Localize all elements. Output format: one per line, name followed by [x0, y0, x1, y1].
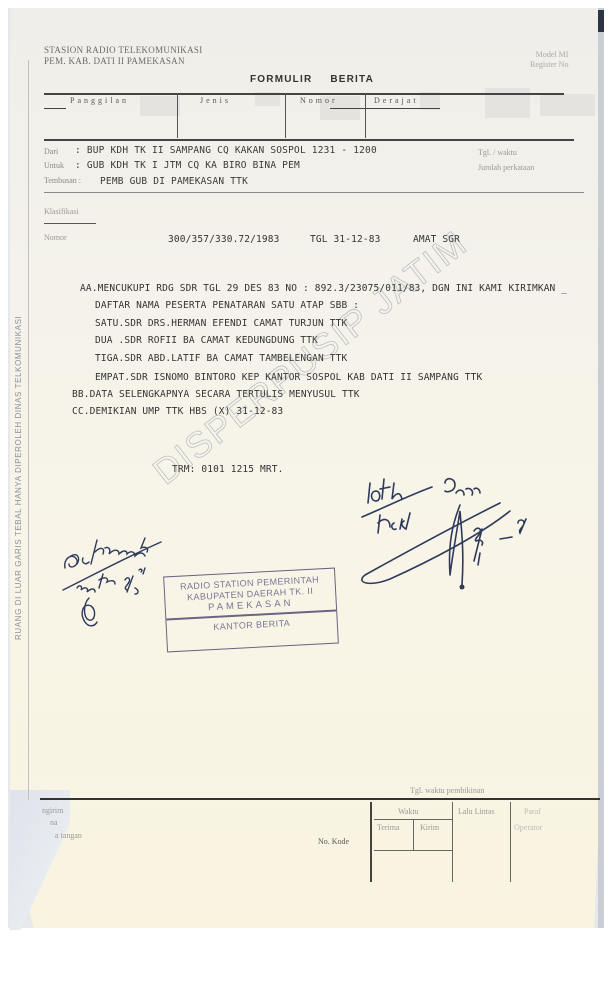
waktu-bottom-rule	[374, 850, 452, 851]
organization-header: STASION RADIO TELEKOMUNIKASI PEM. KAB. D…	[44, 45, 203, 67]
org-line-1: STASION RADIO TELEKOMUNIKASI	[44, 45, 203, 56]
header-col-panggilan: Panggilan	[44, 93, 178, 138]
handwritten-signature-right	[350, 465, 550, 590]
header-row-rule	[44, 108, 66, 109]
message-line: AA.MENCUKUPI RDG SDR TGL 29 DES 83 NO : …	[80, 283, 567, 294]
pengirim-label: ngirim	[42, 806, 63, 815]
footer-table-left-border	[370, 802, 372, 882]
margin-side-note: RUANG DI LUAR GARIS TEBAL HANYA DIPEROLE…	[14, 316, 23, 640]
header-col-nomor: Nomor	[286, 93, 366, 138]
waktu-label: Waktu	[398, 807, 419, 816]
klasifikasi-label: Klasifikasi	[44, 207, 79, 216]
header-row-rule-right	[330, 108, 440, 109]
footer-top-rule	[40, 798, 600, 800]
header-col-jenis: Jenis	[178, 93, 286, 138]
nomor-label: Nomor	[44, 233, 67, 242]
paraf-divider	[510, 802, 511, 882]
form-title: FORMULIR BERITA	[250, 74, 374, 85]
header-col-derajat: Derajat	[366, 93, 486, 138]
nomor-value: 300/357/330.72/1983	[168, 234, 280, 245]
model-info: Model MI Register No	[530, 50, 568, 70]
terima-label: Terima	[377, 823, 400, 832]
paraf-label: Paraf	[524, 807, 541, 816]
kirim-label: Kirim	[420, 823, 439, 832]
nama-label: na	[50, 818, 58, 827]
message-line: SATU.SDR DRS.HERMAN EFENDI CAMAT TURJUN …	[95, 318, 347, 329]
tanda-tangan-label: a tangan	[55, 831, 82, 840]
untuk-label: Untuk	[44, 161, 64, 170]
tgl-waktu-label: Tgl. / waktu	[478, 148, 517, 157]
lalu-lintas-divider	[452, 802, 453, 882]
terima-kirim-divider	[413, 819, 414, 851]
klasifikasi-rule	[44, 223, 96, 224]
model-label: Model MI	[530, 50, 568, 60]
message-line: DUA .SDR ROFII BA CAMAT KEDUNGDUNG TTK	[95, 335, 318, 346]
tgl-value: TGL 31-12-83	[310, 234, 380, 245]
header-table: Panggilan Jenis Nomor Derajat	[44, 93, 574, 138]
no-kode-label: No. Kode	[318, 837, 349, 846]
dari-value: : BUP KDH TK II SAMPANG CQ KAKAN SOSPOL …	[75, 145, 377, 156]
untuk-value: : GUB KDH TK I JTM CQ KA BIRO BINA PEM	[75, 160, 300, 171]
register-label: Register No	[530, 60, 568, 70]
org-line-2: PEM. KAB. DATI II PAMEKASAN	[44, 56, 203, 67]
scan-edge	[598, 8, 604, 928]
jumlah-perkataan-label: Jumlah perkataan	[478, 163, 534, 172]
handwritten-note-left	[55, 518, 175, 643]
message-line: DAFTAR NAMA PESERTA PENATARAN SATU ATAP …	[95, 300, 359, 311]
tgl-pembikinan-label: Tgl. waktu pembikinan	[410, 786, 484, 795]
lalu-lintas-label: Lalu Lintas	[458, 807, 495, 816]
office-stamp: RADIO STATION PEMERINTAH KABUPATEN DAERA…	[163, 568, 339, 653]
tembusan-value: PEMB GUB DI PAMEKASAN TTK	[100, 176, 248, 187]
header-table-bottom-rule	[44, 139, 574, 141]
message-line: BB.DATA SELENGKAPNYA SECARA TERTULIS MEN…	[72, 389, 360, 400]
dari-label: Dari	[44, 147, 58, 156]
tembusan-label: Tembusan :	[44, 176, 81, 185]
margin-rule	[28, 60, 29, 800]
operator-label: Operator	[514, 823, 542, 832]
address-bottom-rule	[44, 192, 584, 193]
